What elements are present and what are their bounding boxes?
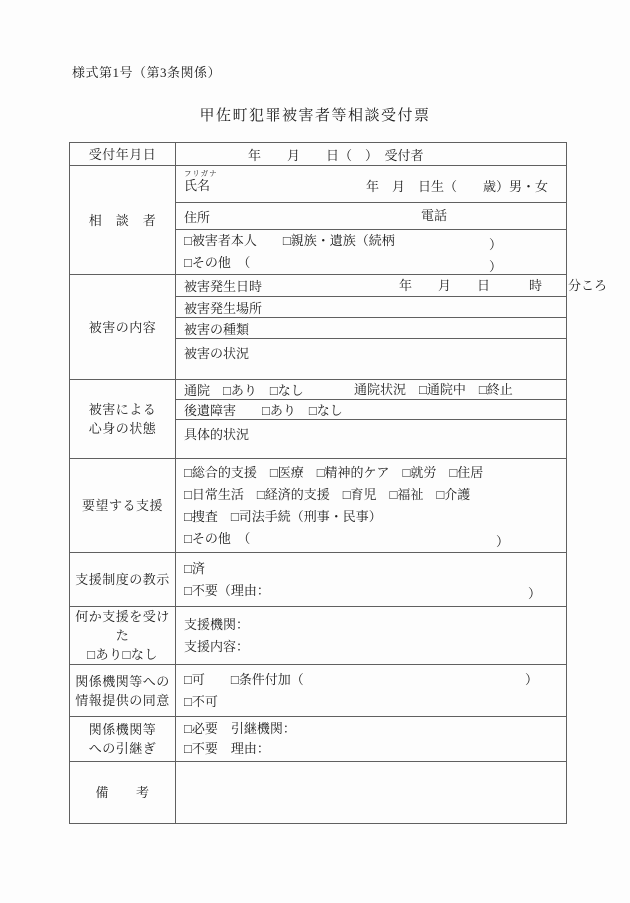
row-reception-date: 受付年月日 年 月 日（ ） 受付者 [70,143,567,166]
damage-kind-label: 被害の種類 [184,322,249,337]
teaching-line2-close-paren: ） [528,583,541,602]
condition-label: 被害による 心身の状態 [70,380,176,459]
condition-hospital-cell: 通院 □あり □なし 通院状況 □通院中 □終止 [176,380,567,400]
damage-kind-cell: 被害の種類 [176,318,567,339]
reception-form-table: 受付年月日 年 月 日（ ） 受付者 相 談 者 フリガナ 氏名 年 月 日生（… [69,142,567,824]
row-condition-hospital: 被害による 心身の状態 通院 □あり □なし 通院状況 □通院中 □終止 [70,380,567,400]
reception-date-label: 受付年月日 [70,143,176,166]
damage-place-label: 被害発生場所 [184,301,262,316]
consent-deny-checkbox-line: □不可 [184,691,558,713]
relation-line1-close-paren: ） [489,234,502,253]
address-field-label: 住所 [184,210,210,225]
teaching-unnecessary-checkbox-line: □不要（理由： [184,580,558,602]
row-consent: 関係機関等への 情報提供の同意 □可 □条件付加（ ） □不可 [70,665,567,717]
condition-label-line2: 心身の状態 [70,419,175,438]
hospital-status-checkbox-line: 通院状況 □通院中 □終止 [354,380,513,399]
damage-datetime-blanks: 年 月 日 時 分ころ [399,275,607,296]
support-label: 要望する支援 [70,459,176,553]
handover-label-line1: 関係機関等 [70,720,175,739]
received-content-line: 支援内容： [184,636,558,658]
aftereffect-checkbox-line: 後遺障害 □あり □なし [184,403,343,418]
row-teaching: 支援制度の教示 □済 □不要（理由： ） [70,553,567,607]
handover-unnecessary-checkbox-line: □不要 理由： [184,739,558,759]
phone-field-label: 電話 [421,203,447,228]
remarks-cell [176,762,567,824]
teaching-label: 支援制度の教示 [70,553,176,607]
teaching-cell: □済 □不要（理由： ） [176,553,567,607]
consent-cell: □可 □条件付加（ ） □不可 [176,665,567,717]
received-agency-line: 支援機関： [184,614,558,636]
form-number: 様式第1号（第3条関係） [72,62,221,81]
consulter-address-cell: 住所 電話 [176,203,567,230]
consulter-label: 相 談 者 [70,166,176,275]
birthdate-sex-blanks: 年 月 日生（ 歳）男・女 [366,176,548,195]
consent-label-line2: 情報提供の同意 [70,691,175,710]
handover-label: 関係機関等 への引継ぎ [70,717,176,762]
consent-label-line1: 関係機関等への [70,672,175,691]
received-cell: 支援機関： 支援内容： [176,607,567,665]
row-consulter-name: 相 談 者 フリガナ 氏名 年 月 日生（ 歳）男・女 [70,166,567,203]
teaching-done-checkbox-line: □済 [184,558,558,580]
condition-aftereffect-cell: 後遺障害 □あり □なし [176,400,567,420]
damage-situation-label: 被害の状況 [184,346,249,361]
consent-allow-checkbox-line: □可 □条件付加（ [184,669,558,691]
hospital-checkbox-line: 通院 □あり □なし [184,383,304,398]
support-options-cell: □総合的支援 □医療 □精神的ケア □就労 □住居 □日常生活 □経済的支援 □… [176,459,567,553]
condition-label-line1: 被害による [70,400,175,419]
page-title: 甲佐町犯罪被害者等相談受付票 [0,104,630,125]
consulter-relation-cell: □被害者本人 □親族・遺族（続柄 ） □その他 （ ） [176,230,567,275]
consent-line1-close-paren: ） [525,669,538,688]
damage-situation-cell: 被害の状況 [176,339,567,380]
reception-date-blanks: 年 月 日（ ） 受付者 [184,145,558,164]
damage-place-cell: 被害発生場所 [176,297,567,318]
support-line4-close-paren: ） [496,531,509,550]
handover-cell: □必要 引継機関： □不要 理由： [176,717,567,762]
reception-date-value: 年 月 日（ ） 受付者 [176,143,567,166]
received-label: 何か支援を受けた □あり□なし [70,607,176,665]
handover-label-line2: への引継ぎ [70,739,175,758]
row-damage-datetime: 被害の内容 被害発生日時 年 月 日 時 分ころ [70,275,567,297]
condition-detail-cell: 具体的状況 [176,420,567,459]
remarks-label: 備 考 [70,762,176,824]
damage-label: 被害の内容 [70,275,176,380]
row-remarks: 備 考 [70,762,567,824]
damage-datetime-cell: 被害発生日時 年 月 日 時 分ころ [176,275,567,297]
relation-line2-close-paren: ） [489,256,502,275]
received-label-line1: 何か支援を受けた [70,607,175,645]
consent-label: 関係機関等への 情報提供の同意 [70,665,176,717]
consulter-name-cell: フリガナ 氏名 年 月 日生（ 歳）男・女 [176,166,567,203]
support-options-line-3: □捜査 □司法手続（刑事・民事） [184,506,558,528]
row-support: 要望する支援 □総合的支援 □医療 □精神的ケア □就労 □住居 □日常生活 □… [70,459,567,553]
row-handover: 関係機関等 への引継ぎ □必要 引継機関： □不要 理由： [70,717,567,762]
damage-datetime-label: 被害発生日時 [184,279,262,294]
condition-detail-label: 具体的状況 [184,427,249,442]
received-label-line2: □あり□なし [70,645,175,664]
support-options-line-2: □日常生活 □経済的支援 □育児 □福祉 □介護 [184,484,558,506]
row-received: 何か支援を受けた □あり□なし 支援機関： 支援内容： [70,607,567,665]
support-options-line-1: □総合的支援 □医療 □精神的ケア □就労 □住居 [184,462,558,484]
handover-necessary-checkbox-line: □必要 引継機関： [184,719,558,739]
